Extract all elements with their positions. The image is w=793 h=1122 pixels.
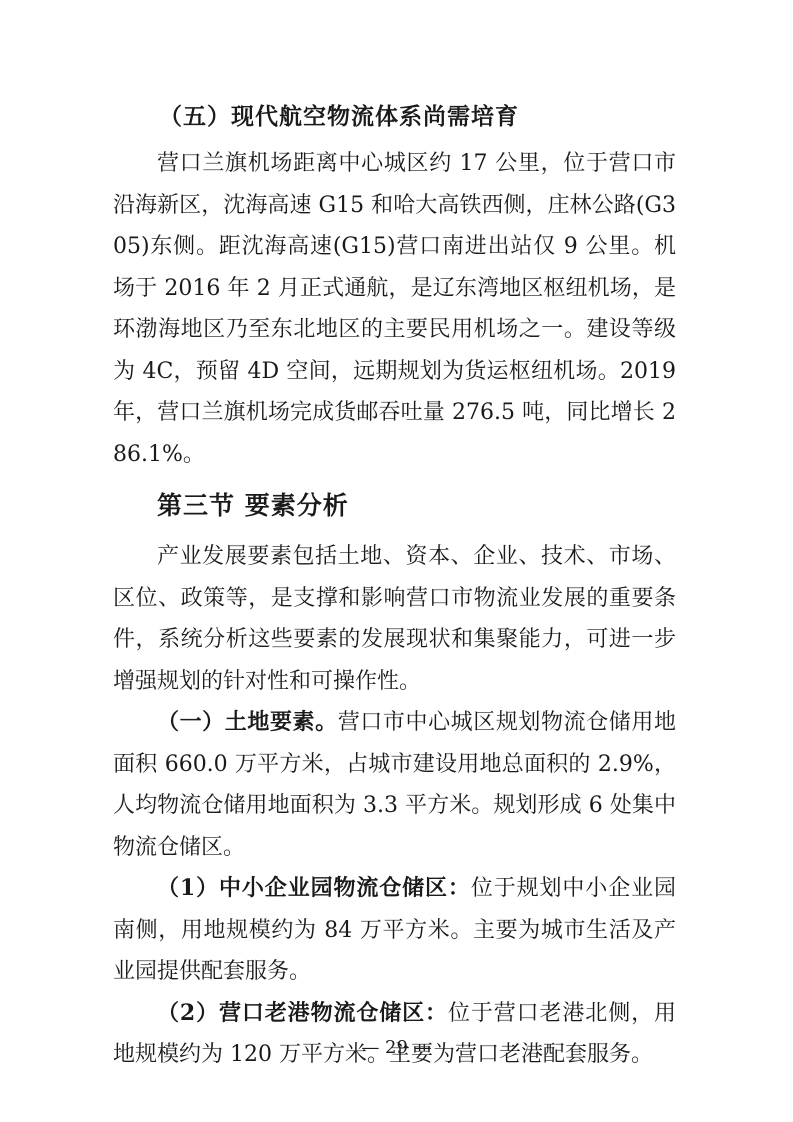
- paragraph-development-elements: 产业发展要素包括土地、资本、企业、技术、市场、区位、政策等，是支撑和影响营口市物…: [113, 536, 676, 702]
- document-page: （五）现代航空物流体系尚需培育 营口兰旗机场距离中心城区约 17 公里，位于营口…: [0, 0, 793, 1122]
- paragraph-old-port-storage-zone: （2）营口老港物流仓储区：位于营口老港北侧，用地规模约为 120 万平方米。主要…: [113, 993, 676, 1076]
- paragraph-sme-park-storage-zone-lead: （1）中小企业园物流仓储区：: [157, 875, 471, 901]
- paragraph-old-port-storage-zone-lead: （2）营口老港物流仓储区：: [157, 1000, 448, 1026]
- paragraph-land-element: （一）土地要素。营口市中心城区规划物流仓储用地面积 660.0 万平方米，占城市…: [113, 702, 676, 868]
- section-heading-factor-analysis: 第三节 要素分析: [113, 488, 676, 524]
- document-content: （五）现代航空物流体系尚需培育 营口兰旗机场距离中心城区约 17 公里，位于营口…: [113, 101, 676, 1076]
- subsection-heading-aviation-logistics: （五）现代航空物流体系尚需培育: [113, 101, 676, 133]
- paragraph-sme-park-storage-zone: （1）中小企业园物流仓储区：位于规划中小企业园南侧，用地规模约为 84 万平方米…: [113, 868, 676, 993]
- paragraph-land-element-lead: （一）土地要素。: [157, 709, 338, 735]
- page-number: — 29 —: [0, 1036, 793, 1060]
- paragraph-airport: 营口兰旗机场距离中心城区约 17 公里，位于营口市沿海新区，沈海高速 G15 和…: [113, 143, 676, 475]
